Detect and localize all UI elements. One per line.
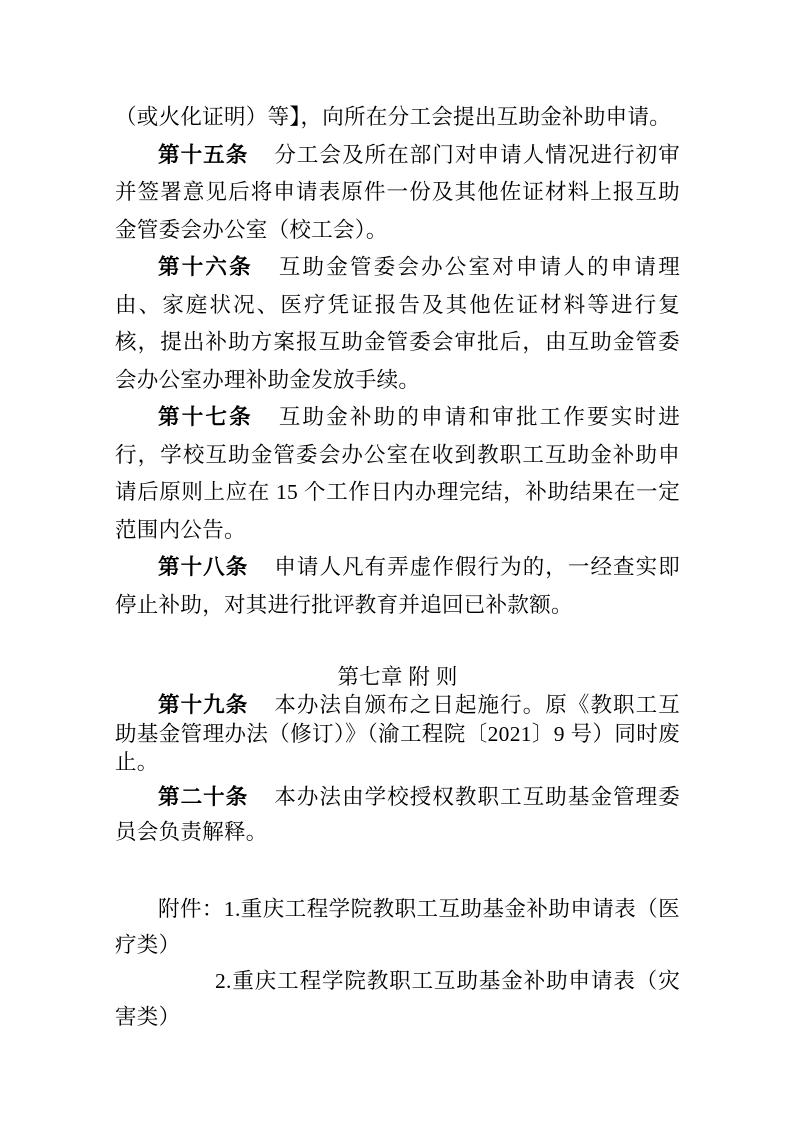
article-20: 第二十条本办法由学校授权教职工互助基金管理委员会负责解释。: [115, 780, 680, 850]
article-16: 第十六条互助金管委会办公室对申请人的申请理由、家庭状况、医疗凭证报告及其他佐证材…: [115, 249, 680, 399]
article-19: 第十九条本办法自颁布之日起施行。原《教职工互助基金管理办法（修订）》（渝工程院〔…: [115, 691, 680, 777]
article-18: 第十八条申请人凡有弄虚作假行为的，一经查实即停止补助，对其进行批评教育并追回已补…: [115, 549, 680, 624]
document-page: （或火化证明）等】，向所在分工会提出互助金补助申请。 第十五条分工会及所在部门对…: [0, 0, 794, 1123]
article-20-term: 第二十条: [158, 785, 248, 809]
article-19-term: 第十九条: [158, 693, 248, 717]
attachment-item-1: 附件：1.重庆工程学院教职工互助基金补助申请表（医疗类）: [115, 891, 680, 963]
article-15-term: 第十五条: [158, 143, 248, 167]
paragraph-continuation: （或火化证明）等】，向所在分工会提出互助金补助申请。: [115, 99, 680, 137]
attachment-item-2: 2.重庆工程学院教职工互助基金补助申请表（灾害类）: [115, 963, 680, 1035]
article-17-term: 第十七条: [158, 405, 253, 429]
document-content: （或火化证明）等】，向所在分工会提出互助金补助申请。 第十五条分工会及所在部门对…: [115, 0, 680, 1035]
chapter-7-heading: 第七章 附 则: [115, 663, 680, 691]
article-15: 第十五条分工会及所在部门对申请人情况进行初审并签署意见后将申请表原件一份及其他佐…: [115, 137, 680, 250]
article-17: 第十七条互助金补助的申请和审批工作要实时进行，学校互助金管委会办公室在收到教职工…: [115, 399, 680, 549]
article-18-term: 第十八条: [158, 555, 248, 579]
article-16-term: 第十六条: [158, 255, 253, 279]
